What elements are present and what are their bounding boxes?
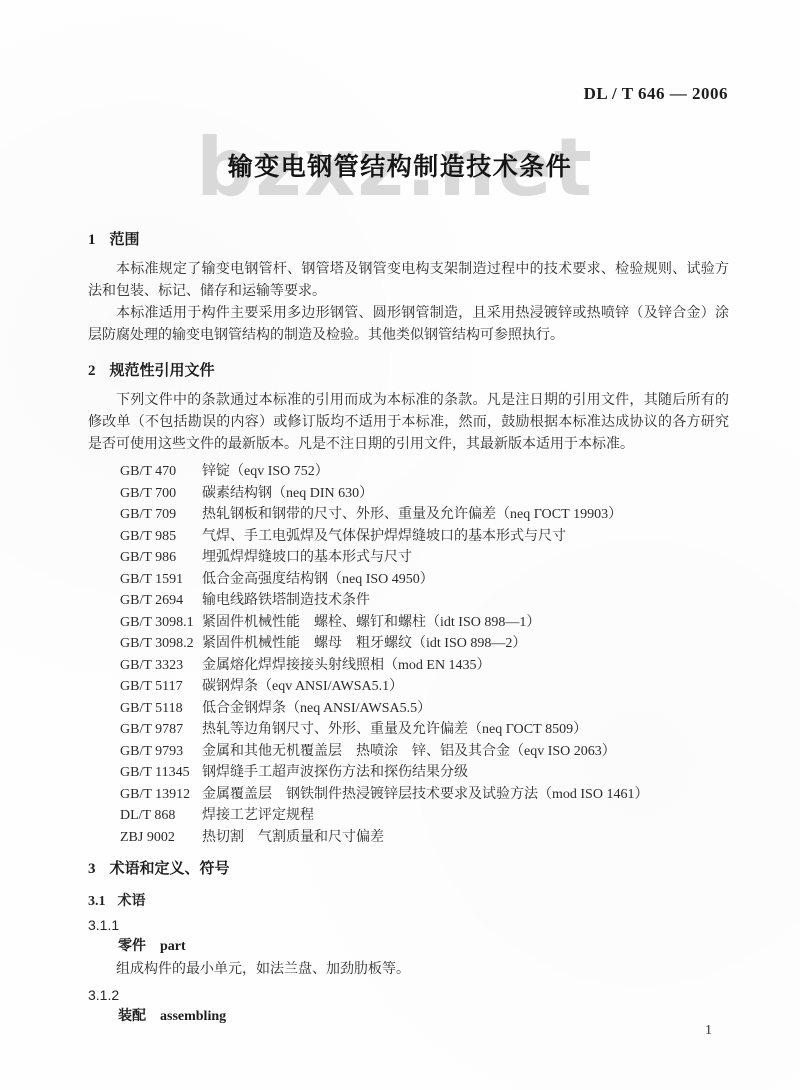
term-clause-number: 3.1.1	[88, 915, 729, 935]
subsection-terms-heading: 3.1术语	[88, 892, 729, 912]
section-number: 3	[88, 861, 96, 877]
term-english: assembling	[160, 1009, 226, 1024]
reference-list: GB/T 470锌锭（eqv ISO 752） GB/T 700碳素结构钢（ne…	[120, 461, 729, 848]
reference-item: GB/T 3323金属熔化焊焊接接头射线照相（mod EN 1435）	[120, 655, 729, 677]
scope-paragraph-2: 本标准适用于构件主要采用多边形钢管、圆形钢管制造，且采用热浸镀锌或热喷锌（及锌合…	[88, 303, 729, 347]
reference-title: 碳素结构钢（neq DIN 630）	[202, 483, 729, 505]
section-scope-heading: 1范围	[88, 230, 729, 250]
reference-item: GB/T 5118低合金钢焊条（neq ANSI/AWSA5.5）	[120, 698, 729, 720]
reference-item: GB/T 470锌锭（eqv ISO 752）	[120, 461, 729, 483]
reference-item: GB/T 3098.2紧固件机械性能 螺母 粗牙螺纹（idt ISO 898—2…	[120, 633, 729, 655]
reference-title: 埋弧焊焊缝坡口的基本形式与尺寸	[202, 547, 729, 569]
reference-title: 金属覆盖层 钢铁制件热浸镀锌层技术要求及试验方法（mod ISO 1461）	[202, 784, 729, 806]
reference-item: ZBJ 9002热切割 气割质量和尺寸偏差	[120, 827, 729, 849]
reference-code: GB/T 1591	[120, 569, 202, 591]
document-body: 1范围 本标准规定了输变电钢管杆、钢管塔及钢管变电构支架制造过程中的技术要求、检…	[88, 222, 729, 1028]
section-title: 规范性引用文件	[110, 363, 215, 379]
document-title: 输变电钢管结构制造技术条件	[0, 147, 800, 183]
reference-item: DL/T 868焊接工艺评定规程	[120, 805, 729, 827]
reference-title: 金属熔化焊焊接接头射线照相（mod EN 1435）	[202, 655, 729, 677]
reference-title: 热轧等边角钢尺寸、外形、重量及允许偏差（neq ГОСТ 8509）	[202, 719, 729, 741]
subsection-title: 术语	[118, 894, 146, 909]
reference-item: GB/T 9787热轧等边角钢尺寸、外形、重量及允许偏差（neq ГОСТ 85…	[120, 719, 729, 741]
reference-code: GB/T 9793	[120, 741, 202, 763]
reference-title: 热轧钢板和钢带的尺寸、外形、重量及允许偏差（neq ГОСТ 19903）	[202, 504, 729, 526]
term-entry: 装配assembling	[118, 1006, 729, 1028]
reference-title: 锌锭（eqv ISO 752）	[202, 461, 729, 483]
reference-item: GB/T 13912金属覆盖层 钢铁制件热浸镀锌层技术要求及试验方法（mod I…	[120, 784, 729, 806]
reference-code: GB/T 986	[120, 547, 202, 569]
references-intro: 下列文件中的条款通过本标准的引用而成为本标准的条款。凡是注日期的引用文件，其随后…	[88, 390, 729, 456]
reference-code: GB/T 9787	[120, 719, 202, 741]
reference-title: 焊接工艺评定规程	[202, 805, 729, 827]
term-definition: 组成构件的最小单元，如法兰盘、加劲肋板等。	[88, 959, 729, 981]
reference-code: GB/T 3323	[120, 655, 202, 677]
scope-paragraph-1: 本标准规定了输变电钢管杆、钢管塔及钢管变电构支架制造过程中的技术要求、检验规则、…	[88, 259, 729, 303]
page-number: 1	[705, 1023, 712, 1039]
reference-title: 紧固件机械性能 螺栓、螺钉和螺柱（idt ISO 898—1）	[202, 612, 729, 634]
reference-code: GB/T 985	[120, 526, 202, 548]
reference-title: 钢焊缝手工超声波探伤方法和探伤结果分级	[202, 762, 729, 784]
section-references-heading: 2规范性引用文件	[88, 361, 729, 381]
reference-item: GB/T 700碳素结构钢（neq DIN 630）	[120, 483, 729, 505]
reference-item: GB/T 9793金属和其他无机覆盖层 热喷涂 锌、铝及其合金（eqv ISO …	[120, 741, 729, 763]
reference-code: GB/T 11345	[120, 762, 202, 784]
reference-code: GB/T 3098.1	[120, 612, 202, 634]
reference-item: GB/T 1591低合金高强度结构钢（neq ISO 4950）	[120, 569, 729, 591]
reference-title: 碳钢焊条（eqv ANSI/AWSA5.1）	[202, 676, 729, 698]
reference-title: 金属和其他无机覆盖层 热喷涂 锌、铝及其合金（eqv ISO 2063）	[202, 741, 729, 763]
reference-code: GB/T 709	[120, 504, 202, 526]
section-terms-heading: 3术语和定义、符号	[88, 859, 729, 879]
reference-title: 热切割 气割质量和尺寸偏差	[202, 827, 729, 849]
term-english: part	[160, 939, 186, 954]
section-title: 术语和定义、符号	[110, 861, 230, 877]
reference-code: GB/T 5117	[120, 676, 202, 698]
reference-title: 低合金高强度结构钢（neq ISO 4950）	[202, 569, 729, 591]
term-chinese: 装配	[118, 1009, 146, 1024]
document-page: bzxz.net DL / T 646 — 2006 输变电钢管结构制造技术条件…	[0, 0, 800, 1090]
reference-item: GB/T 709热轧钢板和钢带的尺寸、外形、重量及允许偏差（neq ГОСТ 1…	[120, 504, 729, 526]
section-number: 2	[88, 363, 96, 379]
reference-item: GB/T 2694输电线路铁塔制造技术条件	[120, 590, 729, 612]
reference-code: GB/T 13912	[120, 784, 202, 806]
term-entry: 零件part	[118, 936, 729, 958]
reference-item: GB/T 986埋弧焊焊缝坡口的基本形式与尺寸	[120, 547, 729, 569]
subsection-number: 3.1	[88, 894, 106, 909]
reference-code: GB/T 470	[120, 461, 202, 483]
reference-item: GB/T 3098.1紧固件机械性能 螺栓、螺钉和螺柱（idt ISO 898—…	[120, 612, 729, 634]
reference-item: GB/T 985气焊、手工电弧焊及气体保护焊焊缝坡口的基本形式与尺寸	[120, 526, 729, 548]
reference-title: 低合金钢焊条（neq ANSI/AWSA5.5）	[202, 698, 729, 720]
reference-code: GB/T 2694	[120, 590, 202, 612]
reference-code: GB/T 5118	[120, 698, 202, 720]
reference-item: GB/T 5117碳钢焊条（eqv ANSI/AWSA5.1）	[120, 676, 729, 698]
term-clause-number: 3.1.2	[88, 985, 729, 1005]
reference-title: 输电线路铁塔制造技术条件	[202, 590, 729, 612]
section-title: 范围	[110, 232, 140, 248]
reference-code: GB/T 3098.2	[120, 633, 202, 655]
reference-code: ZBJ 9002	[120, 827, 202, 849]
reference-code: DL/T 868	[120, 805, 202, 827]
reference-item: GB/T 11345钢焊缝手工超声波探伤方法和探伤结果分级	[120, 762, 729, 784]
section-number: 1	[88, 232, 96, 248]
term-chinese: 零件	[118, 939, 146, 954]
standard-code: DL / T 646 — 2006	[584, 84, 728, 104]
reference-title: 紧固件机械性能 螺母 粗牙螺纹（idt ISO 898—2）	[202, 633, 729, 655]
reference-code: GB/T 700	[120, 483, 202, 505]
reference-title: 气焊、手工电弧焊及气体保护焊焊缝坡口的基本形式与尺寸	[202, 526, 729, 548]
